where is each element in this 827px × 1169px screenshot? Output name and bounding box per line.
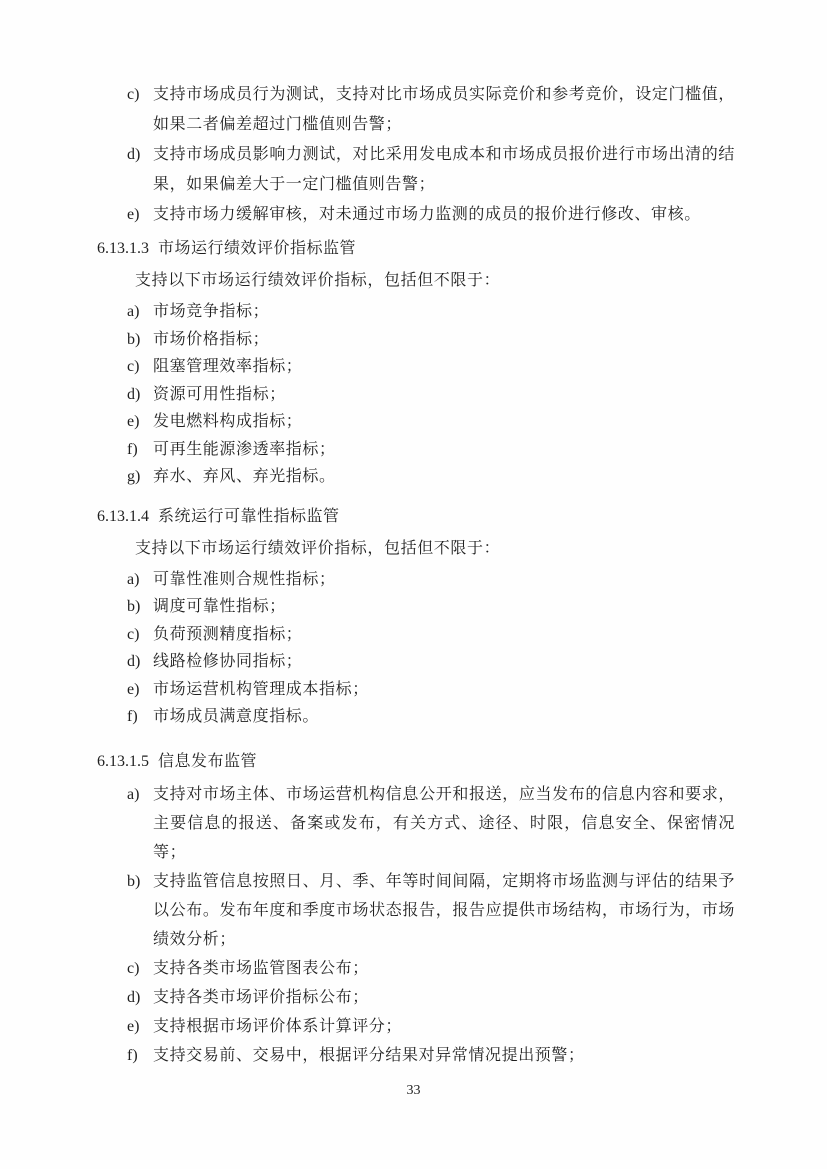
list-item-label: f) (127, 1041, 138, 1070)
section-6-13-1-5: 6.13.1.5信息发布监管 a) 支持对市场主体、市场运营机构信息公开和报送，… (97, 747, 735, 1071)
list-item-label: g) (127, 463, 140, 491)
list-item-text: 负荷预测精度指标； (153, 626, 302, 643)
list-item: f) 可再生能源渗透率指标； (97, 436, 735, 464)
list-item: f) 支持交易前、交易中，根据评分结果对异常情况提出预警； (97, 1041, 735, 1070)
clause-title: 信息发布监管 (158, 753, 257, 770)
list-item-label: c) (127, 80, 139, 110)
list-item: f) 市场成员满意度指标。 (97, 703, 735, 731)
list-item-text: 支持对市场主体、市场运营机构信息公开和报送，应当发布的信息内容和要求，主要信息的… (153, 786, 735, 861)
list-item-text: 弃水、弃风、弃光指标。 (153, 468, 336, 485)
list-item-label: c) (127, 954, 139, 983)
list-item: d) 线路检修协同指标； (97, 648, 735, 676)
list-item-label: f) (127, 703, 138, 731)
list-item-text: 支持各类市场评价指标公布； (153, 989, 369, 1006)
list-item: c) 支持市场成员行为测试，支持对比市场成员实际竞价和参考竞价，设定门槛值，如果… (97, 80, 735, 140)
section-heading: 6.13.1.4系统运行可靠性指标监管 (97, 502, 735, 532)
page-number: 33 (0, 1082, 827, 1100)
list-item: b) 支持监管信息按照日、月、季、年等时间间隔，定期将市场监测与评估的结果予以公… (97, 867, 735, 954)
list-item: c) 负荷预测精度指标； (97, 621, 735, 649)
section-heading: 6.13.1.3市场运行绩效评价指标监管 (97, 234, 735, 264)
list-item-label: a) (127, 780, 139, 809)
list-item-label: a) (127, 566, 139, 594)
section-list: a) 可靠性准则合规性指标； b) 调度可靠性指标； c) 负荷预测精度指标； … (97, 566, 735, 731)
list-item-text: 可靠性准则合规性指标； (153, 571, 336, 588)
list-item: d) 支持市场成员影响力测试，对比采用发电成本和市场成员报价进行市场出清的结果，… (97, 140, 735, 200)
list-item: a) 市场竞争指标； (97, 298, 735, 326)
list-item-label: d) (127, 140, 140, 170)
section-6-13-1-4: 6.13.1.4系统运行可靠性指标监管 支持以下市场运行绩效评价指标，包括但不限… (97, 502, 735, 731)
list-item-text: 资源可用性指标； (153, 386, 286, 403)
list-item-text: 调度可靠性指标； (153, 598, 286, 615)
list-item: b) 调度可靠性指标； (97, 593, 735, 621)
list-item-label: a) (127, 298, 139, 326)
list-item-text: 发电燃料构成指标； (153, 413, 302, 430)
list-item: e) 发电燃料构成指标； (97, 408, 735, 436)
list-item-text: 可再生能源渗透率指标； (153, 441, 336, 458)
section-list: a) 市场竞争指标； b) 市场价格指标； c) 阻塞管理效率指标； d) 资源… (97, 298, 735, 491)
clause-number: 6.13.1.4 (97, 508, 149, 525)
list-item-text: 市场竞争指标； (153, 303, 269, 320)
list-item-label: d) (127, 983, 140, 1012)
list-item: c) 阻塞管理效率指标； (97, 353, 735, 381)
list-item: c) 支持各类市场监管图表公布； (97, 954, 735, 983)
list-item: a) 支持对市场主体、市场运营机构信息公开和报送，应当发布的信息内容和要求，主要… (97, 780, 735, 867)
list-item-label: b) (127, 593, 140, 621)
list-item-label: f) (127, 436, 138, 464)
list-item-text: 阻塞管理效率指标； (153, 358, 302, 375)
section-6-13-1-3: 6.13.1.3市场运行绩效评价指标监管 支持以下市场运行绩效评价指标，包括但不… (97, 234, 735, 491)
page-content: c) 支持市场成员行为测试，支持对比市场成员实际竞价和参考竞价，设定门槛值，如果… (97, 80, 735, 1070)
list-item-text: 支持市场成员影响力测试，对比采用发电成本和市场成员报价进行市场出清的结果，如果偏… (153, 146, 735, 193)
document-page: c) 支持市场成员行为测试，支持对比市场成员实际竞价和参考竞价，设定门槛值，如果… (0, 0, 827, 1169)
list-item: e) 市场运营机构管理成本指标； (97, 676, 735, 704)
list-item-text: 支持根据市场评价体系计算评分； (153, 1018, 402, 1035)
list-item-label: e) (127, 676, 139, 704)
list-item: b) 市场价格指标； (97, 326, 735, 354)
section-list: a) 支持对市场主体、市场运营机构信息公开和报送，应当发布的信息内容和要求，主要… (97, 780, 735, 1070)
list-item-text: 市场运营机构管理成本指标； (153, 681, 369, 698)
list-item: e) 支持根据市场评价体系计算评分； (97, 1012, 735, 1041)
list-item-label: e) (127, 408, 139, 436)
clause-title: 市场运行绩效评价指标监管 (158, 240, 356, 257)
list-item-label: c) (127, 353, 139, 381)
list-item-text: 支持监管信息按照日、月、季、年等时间间隔，定期将市场监测与评估的结果予以公布。发… (153, 873, 735, 948)
section-intro: 支持以下市场运行绩效评价指标，包括但不限于： (97, 534, 735, 564)
list-item-label: e) (127, 200, 139, 230)
list-item: a) 可靠性准则合规性指标； (97, 566, 735, 594)
list-item-text: 市场价格指标； (153, 331, 269, 348)
list-item: d) 资源可用性指标； (97, 381, 735, 409)
list-item-text: 市场成员满意度指标。 (153, 708, 319, 725)
clause-title: 系统运行可靠性指标监管 (158, 508, 340, 525)
section-heading: 6.13.1.5信息发布监管 (97, 747, 735, 777)
list-item-text: 线路检修协同指标； (153, 653, 302, 670)
list-item-label: b) (127, 867, 140, 896)
list-item-label: e) (127, 1012, 139, 1041)
list-item-label: c) (127, 621, 139, 649)
section-intro: 支持以下市场运行绩效评价指标，包括但不限于： (97, 266, 735, 296)
clause-number: 6.13.1.5 (97, 753, 149, 770)
list-item-label: d) (127, 381, 140, 409)
list-item: e) 支持市场力缓解审核，对未通过市场力监测的成员的报价进行修改、审核。 (97, 200, 735, 230)
list-item-text: 支持市场力缓解审核，对未通过市场力监测的成员的报价进行修改、审核。 (153, 206, 701, 223)
list-item-text: 支持各类市场监管图表公布； (153, 960, 369, 977)
list-item-label: d) (127, 648, 140, 676)
continuation-list: c) 支持市场成员行为测试，支持对比市场成员实际竞价和参考竞价，设定门槛值，如果… (97, 80, 735, 230)
list-item-label: b) (127, 326, 140, 354)
clause-number: 6.13.1.3 (97, 240, 149, 257)
list-item: d) 支持各类市场评价指标公布； (97, 983, 735, 1012)
list-item: g) 弃水、弃风、弃光指标。 (97, 463, 735, 491)
list-item-text: 支持市场成员行为测试，支持对比市场成员实际竞价和参考竞价，设定门槛值，如果二者偏… (153, 86, 735, 133)
list-item-text: 支持交易前、交易中，根据评分结果对异常情况提出预警； (153, 1047, 585, 1064)
